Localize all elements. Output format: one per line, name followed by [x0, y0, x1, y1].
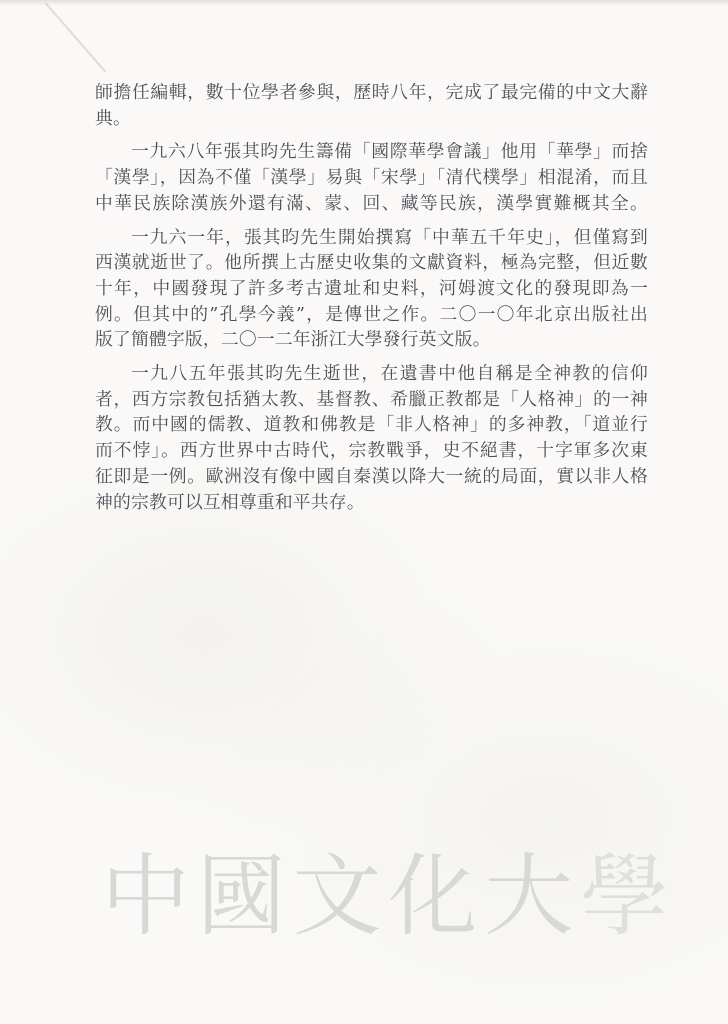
text-line: 師擔任編輯，數十位學者參與，歷時八年，完成了最完備的中文大辭: [95, 80, 648, 106]
text-line: 西漢就逝世了。他所撰上古歷史收集的文獻資料，極為完整，但近數: [95, 250, 648, 276]
text-line: 一九六一年，張其昀先生開始撰寫「中華五千年史」，但僅寫到: [95, 225, 648, 251]
text-line: 版了簡體字版，二〇一二年浙江大學發行英文版。: [95, 327, 648, 353]
watermark-char: 文: [293, 848, 382, 946]
paragraph: 一九八五年張其昀先生逝世，在遺書中他自稱是全神教的信仰 者，西方宗教包括猶太教、…: [95, 361, 648, 515]
text-line: 神的宗教可以互相尊重和平共存。: [95, 490, 648, 516]
text-line: 教。而中國的儒教、道教和佛教是「非人格神」的多神教，「道並行: [95, 412, 648, 438]
document-body-text: 師擔任編輯，數十位學者參與，歷時八年，完成了最完備的中文大辭 典。 一九六八年張…: [95, 80, 648, 515]
watermark-char: 大: [484, 848, 573, 946]
scan-top-edge-shadow: [0, 0, 728, 6]
text-line: 例。但其中的”孔學今義”，是傳世之作。二〇一〇年北京出版社出: [95, 302, 648, 328]
text-line: 「漢學」，因為不僅「漢學」易與「宋學」「清代樸學」相混淆，而且: [95, 165, 648, 191]
text-line: 而不悖」。西方世界中古時代，宗教戰爭，史不絕書，十字軍多次東: [95, 438, 648, 464]
watermark-char: 學: [580, 848, 669, 946]
text-line: 中華民族除漢族外還有滿、蒙、回、藏等民族，漢學實難概其全。: [95, 191, 648, 217]
paragraph: 師擔任編輯，數十位學者參與，歷時八年，完成了最完備的中文大辭 典。: [95, 80, 648, 131]
university-watermark: 中 國 文 化 大 學: [101, 848, 669, 946]
text-line: 者，西方宗教包括猶太教、基督教、希臘正教都是「人格神」的一神: [95, 387, 648, 413]
watermark-char: 中: [101, 848, 190, 946]
text-line: 一九八五年張其昀先生逝世，在遺書中他自稱是全神教的信仰: [95, 361, 648, 387]
text-line: 一九六八年張其昀先生籌備「國際華學會議」他用「華學」而捨: [95, 139, 648, 165]
watermark-char: 化: [388, 848, 477, 946]
text-line: 征即是一例。歐洲沒有像中國自秦漢以降大一統的局面，實以非人格: [95, 464, 648, 490]
paragraph: 一九六八年張其昀先生籌備「國際華學會議」他用「華學」而捨 「漢學」，因為不僅「漢…: [95, 139, 648, 216]
paragraph: 一九六一年，張其昀先生開始撰寫「中華五千年史」，但僅寫到 西漢就逝世了。他所撰上…: [95, 225, 648, 354]
text-line: 典。: [95, 106, 648, 132]
watermark-char: 國: [197, 848, 286, 946]
paper-crease: [45, 2, 107, 72]
text-line: 十年，中國發現了許多考古遺址和史料，河姆渡文化的發現即為一: [95, 276, 648, 302]
